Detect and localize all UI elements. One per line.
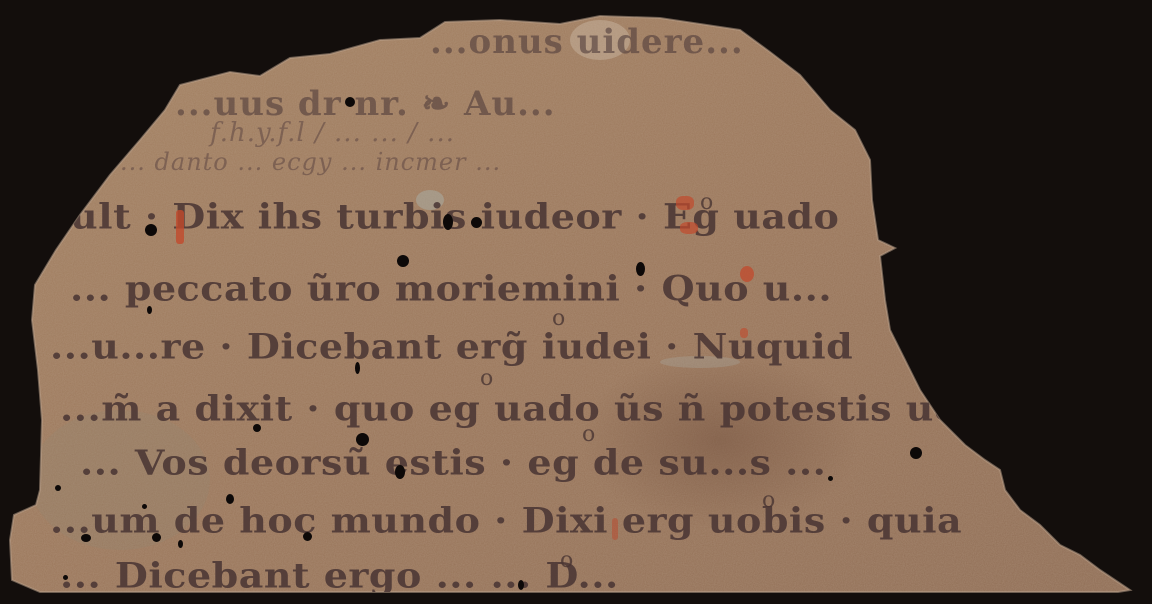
text-line-2: f.h.y.f.l / ... ... / ... [210,118,455,148]
text-line-0: ...onus uidere... [430,22,744,62]
wormhole [471,217,482,228]
wormhole [147,306,152,314]
wormhole [395,465,405,479]
rubric-initial-n [740,328,748,338]
rubric-initial-d2 [612,518,618,540]
text-line-7: ...m̃ a dixit · quo eg uado ũs ñ potes… [60,388,1000,429]
wormhole [443,214,453,230]
abbreviation-mark: o [480,366,493,391]
abbreviation-mark: o [582,422,595,447]
wormhole [518,580,524,590]
abbreviation-mark: o [552,306,565,331]
wormhole [81,534,91,542]
text-line-5: ... peccato ũro moriemini · Quo u... [70,268,832,309]
wormhole [178,540,183,548]
wormhole [226,494,234,504]
wormhole [253,424,261,432]
wormhole [356,433,369,446]
wormhole [355,362,360,374]
text-line-9: ...um de hoc mundo · Dixi erg uobis · qu… [50,500,962,541]
text-line-4: ult · Dix ihs turbis iudeor · Eg uado [70,196,839,237]
wormhole [303,532,312,541]
wormhole [142,504,147,509]
wormhole [152,533,161,542]
rubric-initial-e-bottom [680,222,698,234]
wormhole [397,255,409,267]
line-4-text: ult · Dix ihs turbis iudeor · Eg uado [70,196,839,237]
abbreviation-mark: o [560,548,573,573]
text-line-10: ... Dicebant ergo ... ... D... [60,555,619,596]
wormhole [910,447,922,459]
wormhole [63,575,68,580]
text-line-3: ... danto ... ecgy ... incmer ... [120,148,501,176]
wormhole [828,476,833,481]
rubric-initial-d [176,210,184,244]
wormhole [145,224,157,236]
wormhole [345,97,355,107]
text-line-8: ... Vos deorsũ estis · eg de su...s ... [80,442,826,483]
photo-stage: ...onus uidere... ...uus dr nr. ❧ Au... … [0,0,1152,604]
abbreviation-mark: o [762,488,775,513]
wormhole [636,262,645,276]
rubric-initial-q [740,266,754,282]
text-line-6: ...u...re · Dicebant erg̃ iudei · Nuquid [50,326,853,367]
wormhole [55,485,61,491]
rubric-initial-e-top [676,196,694,210]
abbreviation-mark: o [700,190,713,215]
